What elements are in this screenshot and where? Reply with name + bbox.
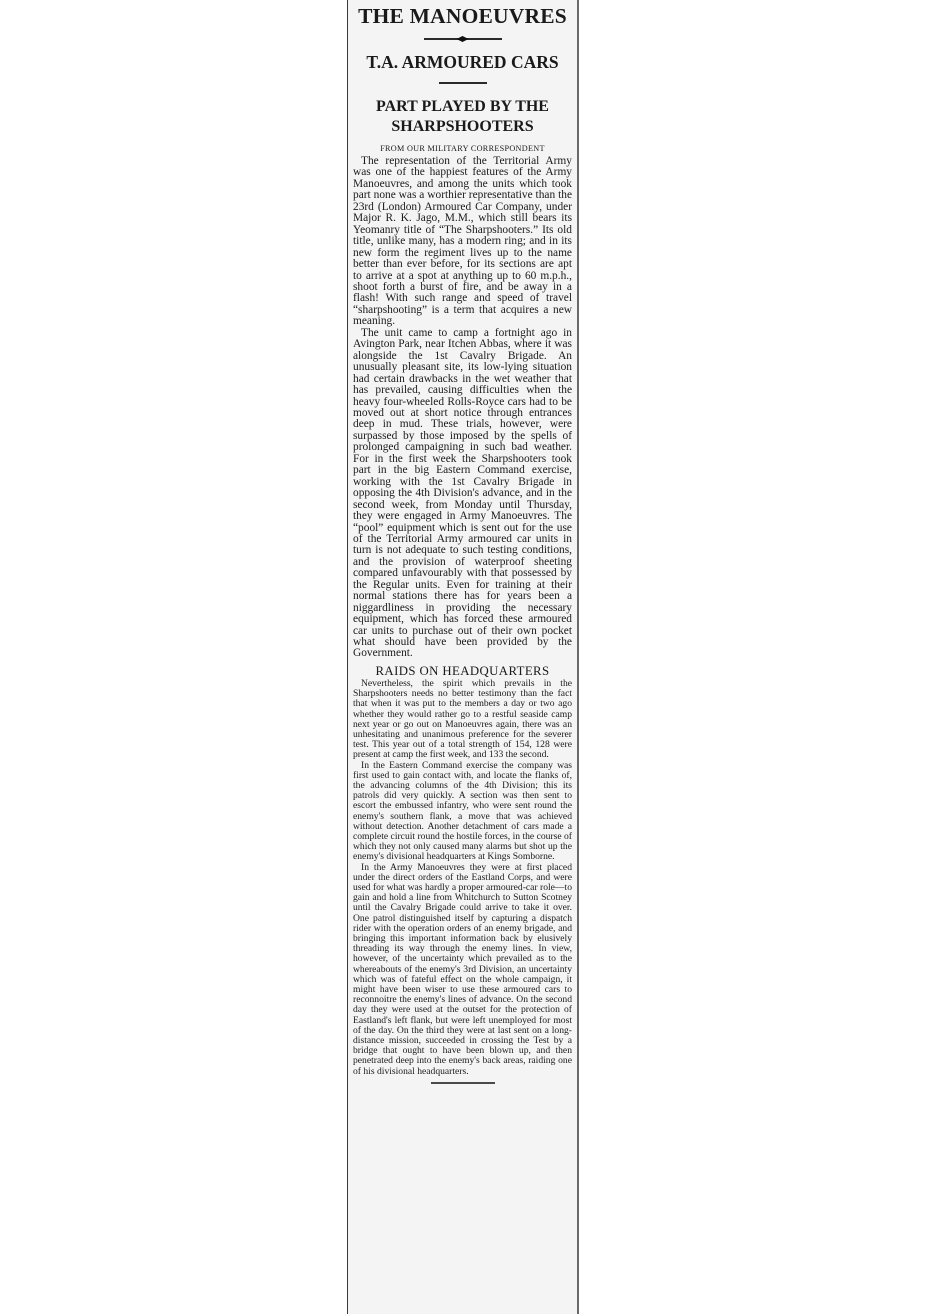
end-divider [431, 1082, 495, 1084]
article: THE MANOEUVRES T.A. ARMOURED CARS PART P… [353, 0, 572, 1084]
paragraph: The unit came to camp a fortnight ago in… [353, 328, 572, 660]
section-heading: RAIDS ON HEADQUARTERS [353, 664, 572, 678]
paragraph: Nevertheless, the spirit which prevails … [353, 679, 572, 761]
ornament-divider [424, 36, 502, 42]
short-divider [439, 82, 487, 84]
paragraph: In the Army Manoeuvres they were at firs… [353, 863, 572, 1077]
headline-deck: PART PLAYED BY THE SHARPSHOOTERS [353, 97, 572, 137]
paragraph: In the Eastern Command exercise the comp… [353, 761, 572, 863]
headline-main: THE MANOEUVRES [353, 3, 572, 29]
paragraph: The representation of the Territorial Ar… [353, 156, 572, 328]
article-body-part2: Nevertheless, the spirit which prevails … [353, 679, 572, 1077]
article-body-part1: The representation of the Territorial Ar… [353, 156, 572, 660]
diamond-ornament-icon [457, 36, 469, 42]
byline: FROM OUR MILITARY CORRESPONDENT [353, 144, 572, 154]
newspaper-column: THE MANOEUVRES T.A. ARMOURED CARS PART P… [347, 0, 579, 1314]
headline-sub: T.A. ARMOURED CARS [353, 51, 572, 73]
